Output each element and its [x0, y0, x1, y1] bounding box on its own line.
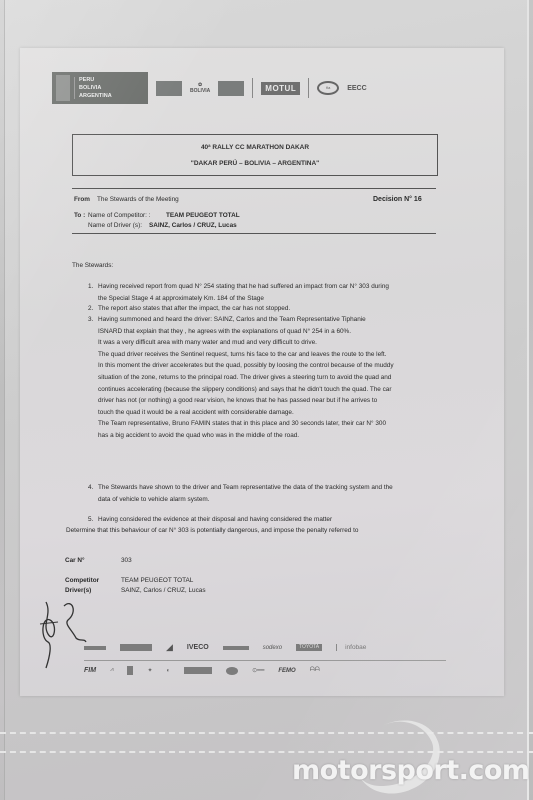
dakar-logo: PERU BOLIVIA ARGENTINA: [52, 72, 148, 104]
finding-line: Having summoned and heard the driver: SA…: [98, 314, 448, 326]
to-label: To :: [74, 213, 85, 219]
fia-logo: fia: [317, 81, 339, 95]
competitor-value: TEAM PEUGEOT TOTAL: [166, 213, 240, 219]
finding-item: Having summoned and heard the driver: SA…: [98, 314, 448, 442]
from-label: From: [74, 197, 90, 203]
dakar-touareg-icon: [56, 75, 70, 101]
finding-line: situation of the zone, returns to the pr…: [98, 372, 448, 384]
decision-number: Decision N° 16: [373, 196, 422, 203]
item-number: 3.: [88, 316, 93, 323]
sponsor-logo: [120, 644, 152, 651]
country-peru: PERU: [79, 77, 112, 83]
sponsor-logo: ⊙━━: [252, 667, 264, 674]
item-number: 5.: [88, 516, 93, 523]
sponsor-logo: [127, 666, 133, 675]
honda-wing-icon: ◢: [166, 642, 173, 653]
finding-line: The Team representative, Bruno FAMIN sta…: [98, 418, 448, 430]
sodexo-logo: sodexo: [263, 645, 282, 651]
sponsor-logo: [218, 81, 244, 96]
finding-line: ISNARD that explain that they , he agree…: [98, 326, 448, 338]
finding-item: The report also states that after the im…: [98, 303, 448, 315]
finding-line: The quad driver receives the Sentinel re…: [98, 349, 448, 361]
sponsor-logo: ᗩᗩ: [310, 667, 320, 674]
divider: [72, 233, 436, 234]
sponsor-logo: [226, 667, 238, 675]
car-number-label: Car N°: [65, 558, 85, 564]
bolivia-logo: ✿BOLIVIA: [190, 82, 210, 94]
sponsor-logo: FEMO: [278, 668, 295, 674]
finding-line: continues accelerating (because the slip…: [98, 384, 448, 396]
iveco-logo: IVECO: [187, 644, 209, 651]
finding-line: driver has not (or nothing) a good rear …: [98, 395, 448, 407]
toyota-logo: TOYOTA: [296, 644, 322, 651]
finding-line: has a big accident to avoid the quad who…: [98, 430, 448, 442]
finding-line: The Stewards have shown to the driver an…: [98, 482, 448, 494]
sponsor-logo: [156, 81, 182, 96]
sleeve-stitch: [0, 751, 533, 753]
watermark: motorsport.com: [292, 755, 530, 786]
event-title: 40ª RALLY CC MARATHON DAKAR: [73, 144, 437, 151]
event-title-box: 40ª RALLY CC MARATHON DAKAR "DAKAR PERÚ …: [72, 134, 438, 176]
finding-line: The report also states that after the im…: [98, 303, 448, 315]
wings-logo-icon: ⩘: [110, 667, 113, 674]
sponsor-row-2: FIM ⩘ ✦ ◐ ⊙━━ FEMO ᗩᗩ: [84, 666, 320, 675]
item-number: 2.: [88, 305, 93, 312]
car-number-value: 303: [121, 558, 132, 564]
finding-line: In this moment the driver accelerates bu…: [98, 360, 448, 372]
karcher-logo: [223, 646, 249, 650]
sponsor-row-1: ◢ IVECO sodexo TOYOTA infobae: [84, 642, 366, 653]
competitor-summary-value: TEAM PEUGEOT TOTAL: [121, 578, 193, 584]
infobae-logo: infobae: [336, 644, 366, 651]
eecc-logo: EECC: [347, 85, 366, 92]
finding-line: Having received report from quad N° 254 …: [98, 281, 448, 293]
motul-logo: MOTUL: [261, 82, 300, 95]
fim-logo: FIM: [84, 667, 96, 674]
finding-line: data of vehicle to vehicle alarm system.: [98, 494, 448, 506]
stewards-intro: The Stewards:: [72, 263, 113, 269]
competitor-label: Name of Competitor: :: [88, 213, 151, 219]
item-number: 4.: [88, 484, 93, 491]
event-subtitle: "DAKAR PERÚ – BOLIVIA – ARGENTINA": [73, 160, 437, 167]
divider: [72, 188, 436, 189]
sponsor-logo: [84, 646, 106, 650]
determination-text: Determine that this behaviour of car N° …: [66, 528, 358, 534]
finding-line: touch the quad it would be a real accide…: [98, 407, 448, 419]
finding-item: The Stewards have shown to the driver an…: [98, 482, 448, 505]
country-argentina: ARGENTINA: [79, 93, 112, 99]
country-bolivia: BOLIVIA: [79, 85, 112, 91]
header-logo-row: PERU BOLIVIA ARGENTINA ✿BOLIVIA MOTUL fi…: [52, 72, 367, 104]
sleeve-stitch: [0, 732, 533, 734]
drivers-summary-value: SAINZ, Carlos / CRUZ, Lucas: [121, 588, 206, 594]
finding-item: Having received report from quad N° 254 …: [98, 281, 448, 304]
sponsor-logo: ◐: [166, 668, 170, 674]
finding-line: Having considered the evidence at their …: [98, 514, 448, 526]
competitor-summary-label: Competitor: [65, 578, 99, 584]
sponsor-logo: ✦: [147, 667, 152, 674]
driver-label: Name of Driver (s):: [88, 223, 142, 229]
driver-value: SAINZ, Carlos / CRUZ, Lucas: [149, 223, 237, 229]
sponsor-logo: [184, 667, 212, 674]
signature: [38, 594, 98, 674]
finding-item: Having considered the evidence at their …: [98, 514, 448, 526]
from-value: The Stewards of the Meeting: [97, 197, 179, 203]
item-number: 1.: [88, 283, 93, 290]
finding-line: It was a very difficult area with many w…: [98, 337, 448, 349]
